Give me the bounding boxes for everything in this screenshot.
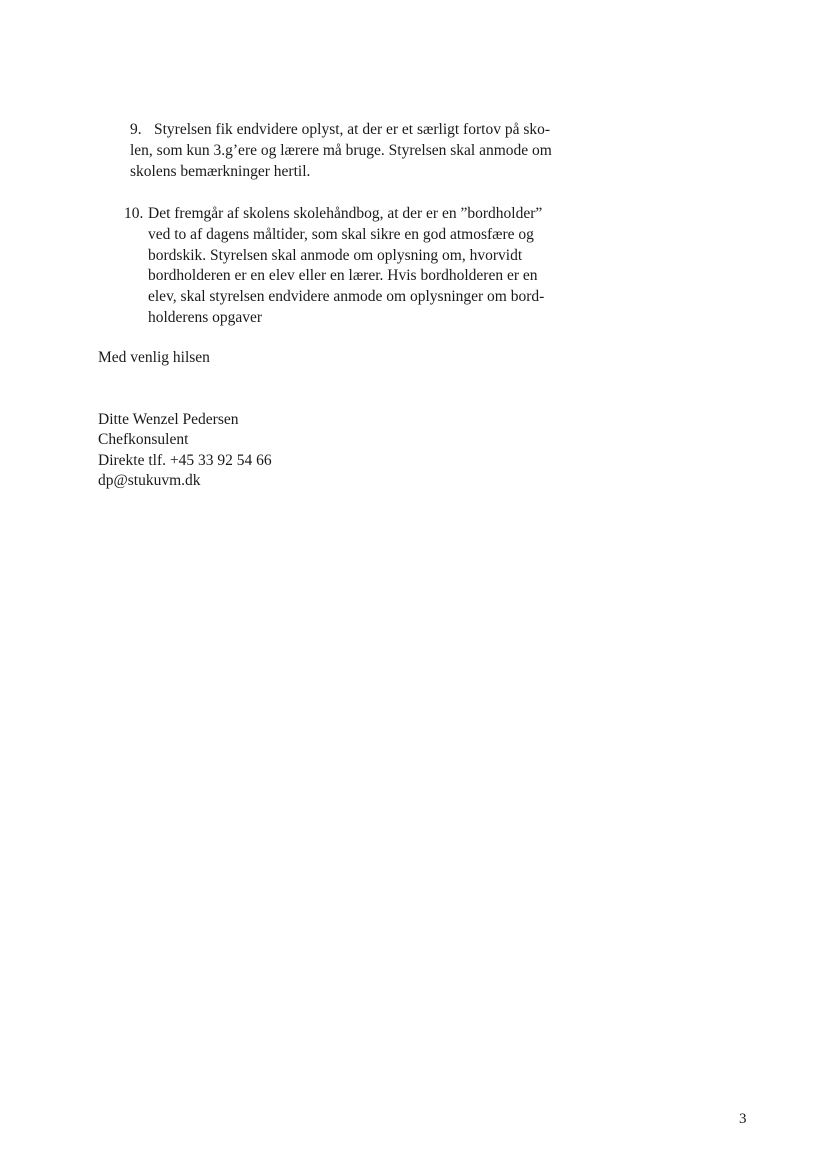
list-item-line: holderens opgaver	[124, 308, 544, 329]
signature-title: Chefkonsulent	[98, 430, 272, 450]
list-item-text: Det fremgår af skolens skolehåndbog, at …	[148, 205, 542, 222]
list-item-number: 10.	[124, 204, 148, 225]
list-item-line: ved to af dagens måltider, som skal sikr…	[124, 225, 544, 246]
list-item-line: len, som kun 3.g’ere og lærere må bruge.…	[130, 141, 552, 162]
list-item-line: skolens bemærkninger hertil.	[130, 162, 552, 183]
list-item-10: 10.Det fremgår af skolens skolehåndbog, …	[124, 204, 544, 329]
list-item-9: 9.Styrelsen fik endvidere oplyst, at der…	[130, 120, 552, 182]
signature-name: Ditte Wenzel Pedersen	[98, 410, 272, 430]
list-item-text: Styrelsen fik endvidere oplyst, at der e…	[154, 121, 550, 138]
list-item-line: elev, skal styrelsen endvidere anmode om…	[124, 287, 544, 308]
signature-email: dp@stukuvm.dk	[98, 471, 272, 491]
list-item-line: bordskik. Styrelsen skal anmode om oplys…	[124, 246, 544, 267]
document-page: 9.Styrelsen fik endvidere oplyst, at der…	[0, 0, 827, 1169]
page-number: 3	[739, 1111, 747, 1128]
closing-greeting: Med venlig hilsen	[98, 348, 210, 369]
signature-block: Ditte Wenzel Pedersen Chefkonsulent Dire…	[98, 410, 272, 491]
list-item-line: 10.Det fremgår af skolens skolehåndbog, …	[124, 204, 544, 225]
list-item-line: bordholderen er en elev eller en lærer. …	[124, 266, 544, 287]
signature-phone: Direkte tlf. +45 33 92 54 66	[98, 451, 272, 471]
list-item-line: 9.Styrelsen fik endvidere oplyst, at der…	[130, 120, 552, 141]
list-item-number: 9.	[130, 120, 154, 141]
